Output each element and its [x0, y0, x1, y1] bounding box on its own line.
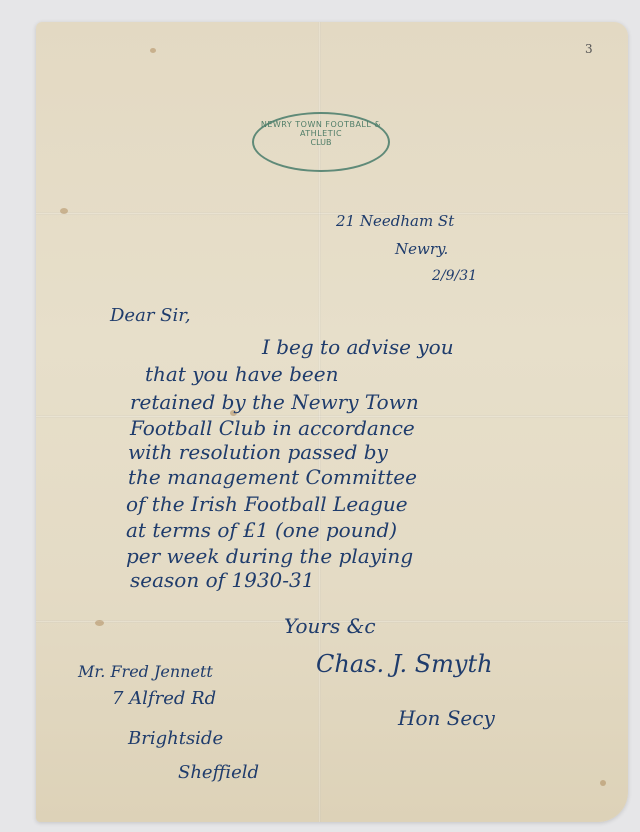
- salutation: Dear Sir,: [110, 305, 191, 326]
- body-line: I beg to advise you: [262, 335, 454, 359]
- letter-date: 2/9/31: [432, 268, 477, 284]
- body-line: at terms of £1 (one pound): [126, 518, 397, 542]
- recipient-address-line: 7 Alfred Rd: [112, 688, 216, 709]
- body-line: retained by the Newry Town: [130, 390, 419, 414]
- body-line: per week during the playing: [126, 544, 413, 568]
- recipient-address-line: Brightside: [128, 728, 223, 749]
- body-line: with resolution passed by: [128, 440, 388, 464]
- stain: [600, 780, 606, 786]
- body-line: season of 1930-31: [130, 568, 314, 592]
- recipient-name: Mr. Fred Jennett: [78, 662, 213, 681]
- body-line: the management Committee: [128, 465, 417, 489]
- stain: [60, 208, 68, 214]
- signature-title: Hon Secy: [398, 706, 495, 730]
- body-line: Football Club in accordance: [130, 416, 415, 440]
- stamp-arc-text: NEWRY TOWN FOOTBALL & ATHLETIC: [254, 120, 388, 138]
- stain: [95, 620, 104, 626]
- address-line-2: Newry.: [395, 240, 448, 258]
- recipient-address-line: Sheffield: [178, 762, 259, 783]
- stamp-center-text: CLUB: [254, 138, 388, 147]
- signature-name: Chas. J. Smyth: [316, 650, 493, 678]
- closing: Yours &c: [284, 614, 376, 638]
- stain: [150, 48, 156, 53]
- body-line: of the Irish Football League: [126, 492, 408, 516]
- address-line-1: 21 Needham St: [336, 212, 454, 230]
- body-line: that you have been: [145, 362, 338, 386]
- club-stamp: NEWRY TOWN FOOTBALL & ATHLETIC CLUB: [252, 112, 390, 172]
- page-number: 3: [585, 42, 593, 56]
- horizontal-fold-1: [36, 212, 628, 215]
